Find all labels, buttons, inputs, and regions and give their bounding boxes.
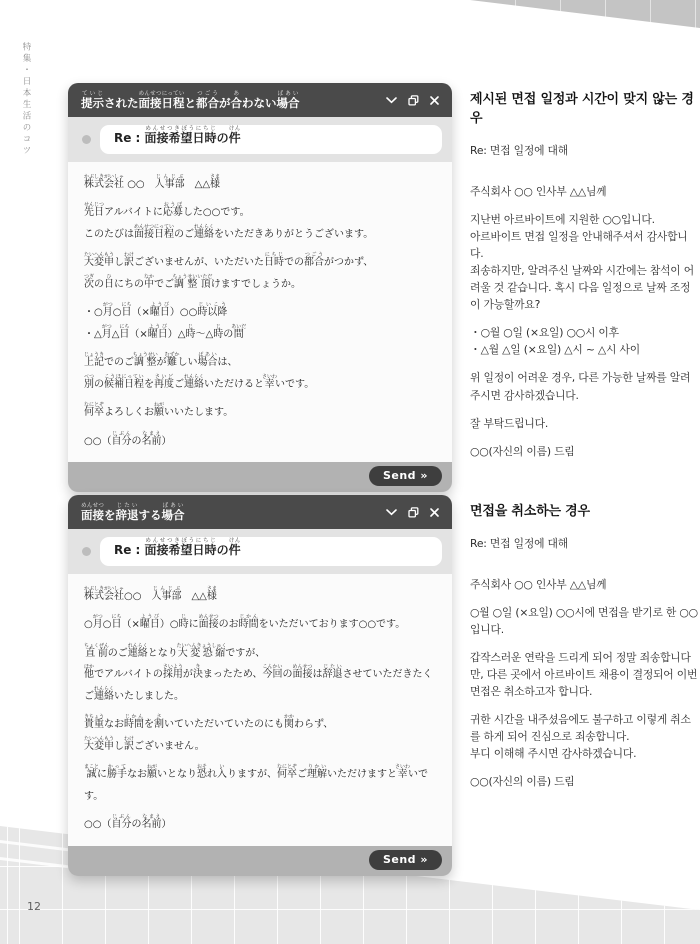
body-paragraph: 大変申たいへんもうし訳わけございませんが、いただいた日時にちじでの都合つごうがつ… xyxy=(84,252,436,295)
body-paragraph: 直前ちょくぜんのご連絡れんらくとなり大変恐縮たいへんきょうしゅくですが、他ほかで… xyxy=(84,643,436,708)
translation-line: ○○(자신의 이름) 드림 xyxy=(470,443,700,460)
translation-paragraph: 지난번 아르바이트에 지원한 ○○입니다.아르바이트 면접 일정을 안내해주셔서… xyxy=(470,211,700,313)
translation-line: 주식회사 ○○ 인사부 △△님께 xyxy=(470,576,700,593)
translation-section-cancel: 면접을 취소하는 경우 Re: 면접 일정에 대해주식회사 ○○ 인사부 △△님… xyxy=(470,500,700,802)
minimize-icon[interactable] xyxy=(386,509,397,516)
body-line: 大変申たいへんもうし訳わけございませんが、いただいた日時にちじでの都合つごうがつ… xyxy=(84,252,436,274)
body-line: 大変申たいへんもうし訳わけございません。 xyxy=(84,736,436,758)
translation-body: Re: 면접 일정에 대해주식회사 ○○ 인사부 △△님께지난번 아르바이트에 … xyxy=(470,142,700,460)
body-line: 貴重きちょうなお時間じかんを割さいていただいていたのにも関かかわらず、 xyxy=(84,714,436,736)
body-paragraph: 何卒なにとぞよろしくお願ねがいいたします。 xyxy=(84,402,436,424)
window-footer: Send » xyxy=(68,462,452,492)
body-line: 先日せんじつアルバイトに応募おうぼした○○です。 xyxy=(84,202,436,224)
window-title: 面接めんせつを辞退じたいする場合ばあい xyxy=(81,503,185,522)
section-side-label: 特集・日本生活のコツ xyxy=(20,42,32,157)
body-line: ご連絡れんらくいたしました。 xyxy=(84,686,436,708)
window-titlebar: 面接めんせつを辞退じたいする場合ばあい xyxy=(68,495,452,529)
email-window-reschedule: 提示ていじされた面接日程めんせつにっていと都合つごうが合あわない場合ばあい Re… xyxy=(68,83,452,492)
translation-paragraph: 주식회사 ○○ 인사부 △△님께 xyxy=(470,183,700,200)
translation-paragraph: ○○(자신의 이름) 드림 xyxy=(470,773,700,790)
body-line: ○○（自分じぶんの名前なまえ） xyxy=(84,431,436,453)
translation-paragraph: Re: 면접 일정에 대해 xyxy=(470,535,700,552)
body-paragraph: 株式会社かぶしきがいしゃ○○ 人事部じんじぶ △△様さま xyxy=(84,586,436,608)
translation-line: 주식회사 ○○ 인사부 △△님께 xyxy=(470,183,700,200)
attachment-dot-icon xyxy=(82,135,91,144)
body-line: 上記じょうきでのご調整ちょうせいが難むずかしい場合ばあいは、 xyxy=(84,352,436,374)
send-button[interactable]: Send » xyxy=(369,466,442,486)
subject-field[interactable]: Re : 面接希望日時めんせつきぼうにちじの件けん xyxy=(100,125,442,154)
body-line: ・△月がつ△日にち（×曜日ようび）△時じ～△時じの間あいだ xyxy=(84,324,436,346)
email-body: 株式会社かぶしきがいしゃ○○ 人事部じんじぶ △△様さま○月がつ○日にち（×曜日… xyxy=(68,574,452,846)
body-paragraph: 株式会社かぶしきがいしゃ ○○ 人事部じんじぶ △△様さま xyxy=(84,174,436,196)
translation-line: ○○(자신의 이름) 드림 xyxy=(470,773,700,790)
minimize-icon[interactable] xyxy=(386,97,397,104)
restore-icon[interactable] xyxy=(408,507,419,518)
restore-icon[interactable] xyxy=(408,95,419,106)
subject-bar: Re : 面接希望日時めんせつきぼうにちじの件けん xyxy=(68,529,452,574)
send-button[interactable]: Send » xyxy=(369,850,442,870)
translation-title: 제시된 면접 일정과 시간이 맞지 않는 경우 xyxy=(470,88,700,126)
corner-wedge-decoration xyxy=(470,0,700,28)
translation-paragraph: ・○월 ○일 (×요일) ○○시 이후・△월 △일 (×요일) △시 ~ △시 … xyxy=(470,324,700,358)
translation-paragraph: 주식회사 ○○ 인사부 △△님께 xyxy=(470,576,700,593)
translation-line: 잘 부탁드립니다. xyxy=(470,415,700,432)
body-line: 次つぎの日ひにちの中なかでご調整頂ちょうせいいただけますでしょうか。 xyxy=(84,274,436,296)
body-line: ○月がつ○日にち（×曜日ようび）○時じに面接めんせつのお時間じかんをいただいてお… xyxy=(84,614,436,636)
translation-paragraph: 갑작스러운 연락을 드리게 되어 정말 죄송합니다만, 다른 곳에서 아르바이트… xyxy=(470,649,700,700)
window-footer: Send » xyxy=(68,846,452,876)
body-paragraph: 上記じょうきでのご調整ちょうせいが難むずかしい場合ばあいは、別べつの候補日程こう… xyxy=(84,352,436,395)
translation-line: 갑작스러운 연락을 드리게 되어 정말 죄송합니다만, 다른 곳에서 아르바이트… xyxy=(470,649,700,700)
body-line: 何卒なにとぞよろしくお願ねがいいたします。 xyxy=(84,402,436,424)
translation-paragraph: 잘 부탁드립니다. xyxy=(470,415,700,432)
body-line: 株式会社かぶしきがいしゃ ○○ 人事部じんじぶ △△様さま xyxy=(84,174,436,196)
window-controls xyxy=(386,95,439,106)
translation-paragraph: 위 일정이 어려운 경우, 다른 가능한 날짜를 알려주시면 감사하겠습니다. xyxy=(470,369,700,403)
translation-line: 귀한 시간을 내주셨음에도 불구하고 이렇게 취소를 하게 되어 진심으로 죄송… xyxy=(470,711,700,745)
translation-line: 아르바이트 면접 일정을 안내해주셔서 감사합니다. xyxy=(470,228,700,262)
translation-paragraph: ○월 ○일 (×요일) ○○시에 면접을 받기로 한 ○○입니다. xyxy=(470,604,700,638)
translation-paragraph: ○○(자신의 이름) 드림 xyxy=(470,443,700,460)
translation-paragraph: Re: 면접 일정에 대해 xyxy=(470,142,700,159)
close-icon[interactable] xyxy=(430,508,439,517)
translation-line: Re: 면접 일정에 대해 xyxy=(470,142,700,159)
email-window-decline: 面接めんせつを辞退じたいする場合ばあい Re : 面接希望日時めんせつきぼうにち… xyxy=(68,495,452,876)
window-controls xyxy=(386,507,439,518)
body-paragraph: 誠まことに勝手かってなお願ねがいとなり恐おそれ入いりますが、何卒なにとぞご理解り… xyxy=(84,764,436,807)
body-paragraph: ○月がつ○日にち（×曜日ようび）○時じに面接めんせつのお時間じかんをいただいてお… xyxy=(84,614,436,636)
body-paragraph: ・○月がつ○日にち（×曜日ようび）○○時以降じいこう・△月がつ△日にち（×曜日よ… xyxy=(84,302,436,345)
body-line: 株式会社かぶしきがいしゃ○○ 人事部じんじぶ △△様さま xyxy=(84,586,436,608)
body-paragraph: ○○（自分じぶんの名前なまえ） xyxy=(84,431,436,453)
translation-line: 부디 이해해 주시면 감사하겠습니다. xyxy=(470,745,700,762)
body-line: 別べつの候補日程こうほにっていを再度さいどご連絡れんらくいただけると幸さいわいで… xyxy=(84,374,436,396)
body-line: 直前ちょくぜんのご連絡れんらくとなり大変恐縮たいへんきょうしゅくですが、 xyxy=(84,643,436,665)
body-line: 誠まことに勝手かってなお願ねがいとなり恐おそれ入いりますが、何卒なにとぞご理解り… xyxy=(84,764,436,807)
translation-line: 지난번 아르바이트에 지원한 ○○입니다. xyxy=(470,211,700,228)
page-number: 12 xyxy=(27,900,41,913)
translation-paragraph: 귀한 시간을 내주셨음에도 불구하고 이렇게 취소를 하게 되어 진심으로 죄송… xyxy=(470,711,700,762)
body-line: ・○月がつ○日にち（×曜日ようび）○○時以降じいこう xyxy=(84,302,436,324)
email-body: 株式会社かぶしきがいしゃ ○○ 人事部じんじぶ △△様さま先日せんじつアルバイト… xyxy=(68,162,452,463)
subject-field[interactable]: Re : 面接希望日時めんせつきぼうにちじの件けん xyxy=(100,537,442,566)
translation-section-reschedule: 제시된 면접 일정과 시간이 맞지 않는 경우 Re: 면접 일정에 대해주식회… xyxy=(470,88,700,471)
translation-line: 죄송하지만, 알려주신 날짜와 시간에는 참석이 어려울 것 같습니다. 혹시 … xyxy=(470,262,700,313)
body-line: ○○（自分じぶんの名前なまえ） xyxy=(84,814,436,836)
window-titlebar: 提示ていじされた面接日程めんせつにっていと都合つごうが合あわない場合ばあい xyxy=(68,83,452,117)
translation-line: Re: 면접 일정에 대해 xyxy=(470,535,700,552)
translation-body: Re: 면접 일정에 대해주식회사 ○○ 인사부 △△님께○월 ○일 (×요일)… xyxy=(470,535,700,791)
body-line: 他ほかでアルバイトの採用さいようが決きまったため、今回こんかいの面接めんせつは辞… xyxy=(84,664,436,686)
body-paragraph: 先日せんじつアルバイトに応募おうぼした○○です。このたびは面接日程めんせつにって… xyxy=(84,202,436,245)
attachment-dot-icon xyxy=(82,547,91,556)
subject-bar: Re : 面接希望日時めんせつきぼうにちじの件けん xyxy=(68,117,452,162)
translation-line: ・○월 ○일 (×요일) ○○시 이후 xyxy=(470,324,700,341)
translation-line: ・△월 △일 (×요일) △시 ~ △시 사이 xyxy=(470,341,700,358)
translation-line: ○월 ○일 (×요일) ○○시에 면접을 받기로 한 ○○입니다. xyxy=(470,604,700,638)
translation-title: 면접을 취소하는 경우 xyxy=(470,500,700,519)
body-line: このたびは面接日程めんせつにっていのご連絡れんらくをいただきありがとうございます… xyxy=(84,224,436,246)
close-icon[interactable] xyxy=(430,96,439,105)
window-title: 提示ていじされた面接日程めんせつにっていと都合つごうが合あわない場合ばあい xyxy=(81,91,300,110)
translation-line: 위 일정이 어려운 경우, 다른 가능한 날짜를 알려주시면 감사하겠습니다. xyxy=(470,369,700,403)
body-paragraph: 貴重きちょうなお時間じかんを割さいていただいていたのにも関かかわらず、大変申たい… xyxy=(84,714,436,757)
body-paragraph: ○○（自分じぶんの名前なまえ） xyxy=(84,814,436,836)
